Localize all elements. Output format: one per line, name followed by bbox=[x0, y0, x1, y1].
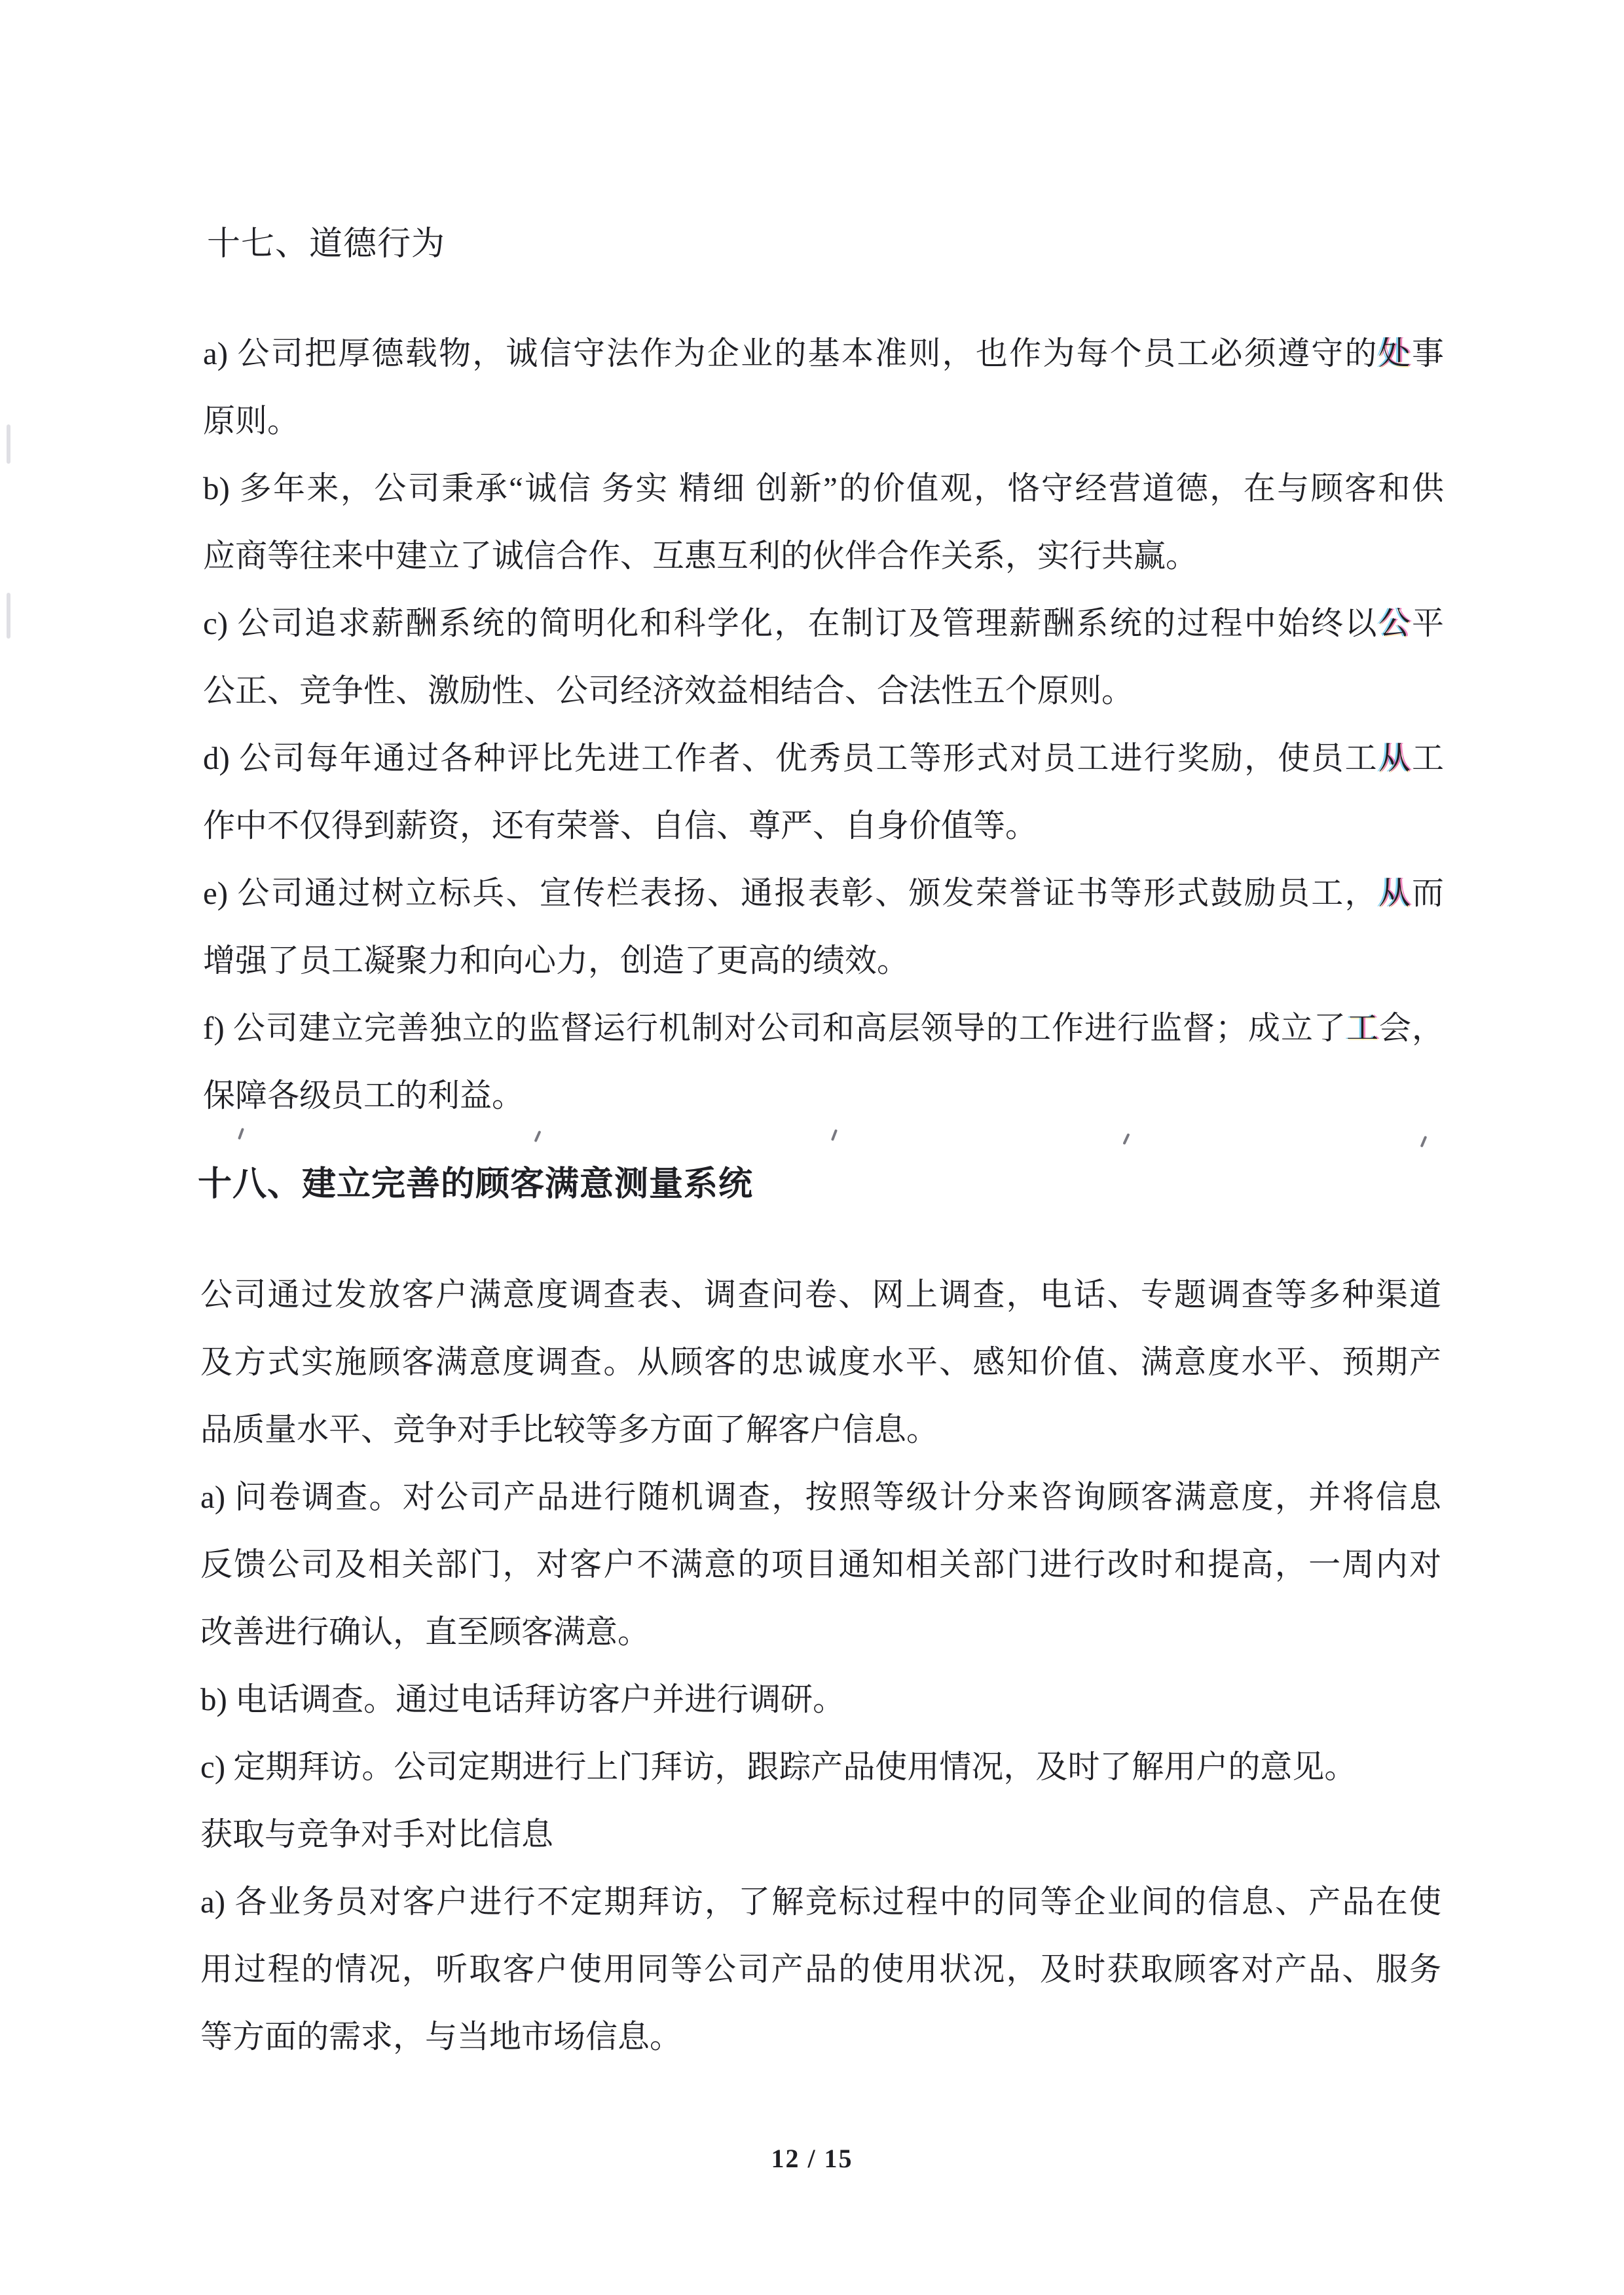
text-line: 作中不仅得到薪资，还有荣誉、自信、尊严、自身价值等。 bbox=[203, 792, 1444, 859]
scan-artifact-mark bbox=[1122, 1133, 1130, 1145]
fringe-character: 工 bbox=[1346, 1010, 1379, 1046]
text-line: 改善进行确认，直至顾客满意。 bbox=[200, 1598, 1441, 1666]
text-line: 原则。 bbox=[203, 387, 1444, 455]
text-segment: d) 公司每年通过各种评比先进工作者、优秀员工等形式对员工进行奖励，使员工 bbox=[203, 740, 1378, 776]
text-line: 公正、竞争性、激励性、公司经济效益相结合、合法性五个原则。 bbox=[203, 657, 1444, 724]
text-line: d) 公司每年通过各种评比先进工作者、优秀员工等形式对员工进行奖励，使员工从工 bbox=[203, 724, 1444, 792]
document-page: 十七、道德行为 a) 公司把厚德载物，诚信守法作为企业的基本准则，也作为每个员工… bbox=[0, 0, 1624, 2295]
page-number: 12 / 15 bbox=[0, 2143, 1624, 2174]
text-line: 品质量水平、竞争对手比较等多方面了解客户信息。 bbox=[200, 1396, 1441, 1463]
text-line: c) 公司追求薪酬系统的简明化和科学化，在制订及管理薪酬系统的过程中始终以公平 bbox=[203, 589, 1444, 657]
text-line: 反馈公司及相关部门，对客户不满意的项目通知相关部门进行改时和提高，一周内对 bbox=[200, 1531, 1441, 1598]
section-17-body: a) 公司把厚德载物，诚信守法作为企业的基本准则，也作为每个员工必须遵守的处事原… bbox=[203, 320, 1444, 1129]
text-line: 公司通过发放客户满意度调查表、调查问卷、网上调查，电话、专题调查等多种渠道 bbox=[200, 1261, 1441, 1328]
text-line: 应商等往来中建立了诚信合作、互惠互利的伙伴合作关系，实行共赢。 bbox=[203, 522, 1444, 589]
text-line: b) 电话调查。通过电话拜访客户并进行调研。 bbox=[200, 1666, 1441, 1733]
text-line: a) 公司把厚德载物，诚信守法作为企业的基本准则，也作为每个员工必须遵守的处事 bbox=[203, 320, 1444, 387]
text-line: a) 问卷调查。对公司产品进行随机调查，按照等级计分来咨询顾客满意度，并将信息 bbox=[200, 1463, 1441, 1531]
scan-artifact-mark bbox=[534, 1130, 542, 1142]
scan-edge-smudge bbox=[7, 593, 10, 639]
scan-artifact-mark bbox=[1420, 1136, 1428, 1147]
fringe-character: 从 bbox=[1378, 875, 1412, 911]
text-segment: 平 bbox=[1412, 605, 1444, 641]
text-line: 等方面的需求，与当地市场信息。 bbox=[200, 2003, 1441, 2070]
text-segment: a) 公司把厚德载物，诚信守法作为企业的基本准则，也作为每个员工必须遵守的 bbox=[203, 335, 1378, 371]
text-line: f) 公司建立完善独立的监督运行机制对公司和高层领导的工作进行监督；成立了工会， bbox=[203, 994, 1444, 1062]
text-line: 用过程的情况，听取客户使用同等公司产品的使用状况，及时获取顾客对产品、服务 bbox=[200, 1935, 1441, 2003]
fringe-character: 处 bbox=[1378, 335, 1412, 371]
text-segment: 工 bbox=[1412, 740, 1444, 776]
fringe-character: 公 bbox=[1378, 605, 1412, 641]
text-line: 保障各级员工的利益。 bbox=[203, 1062, 1444, 1129]
text-segment: f) 公司建立完善独立的监督运行机制对公司和高层领导的工作进行监督；成立了 bbox=[203, 1010, 1346, 1046]
section-17-heading: 十七、道德行为 bbox=[207, 211, 445, 278]
text-segment: 会， bbox=[1379, 1010, 1444, 1046]
text-line: 及方式实施顾客满意度调查。从顾客的忠诚度水平、感知价值、满意度水平、预期产 bbox=[200, 1328, 1441, 1396]
text-segment: c) 公司追求薪酬系统的简明化和科学化，在制订及管理薪酬系统的过程中始终以 bbox=[203, 605, 1378, 641]
section-18-body: 公司通过发放客户满意度调查表、调查问卷、网上调查，电话、专题调查等多种渠道及方式… bbox=[200, 1261, 1441, 2070]
text-segment: 而 bbox=[1412, 875, 1444, 911]
scan-artifact-mark bbox=[831, 1129, 838, 1141]
text-line: b) 多年来，公司秉承“诚信 务实 精细 创新”的价值观，恪守经营道德，在与顾客… bbox=[203, 455, 1444, 522]
scan-artifact-mark bbox=[238, 1128, 244, 1140]
text-line: 增强了员工凝聚力和向心力，创造了更高的绩效。 bbox=[203, 927, 1444, 994]
scan-edge-smudge bbox=[7, 424, 10, 464]
text-segment: 事 bbox=[1412, 335, 1444, 371]
text-line: c) 定期拜访。公司定期进行上门拜访，跟踪产品使用情况，及时了解用户的意见。 bbox=[200, 1733, 1441, 1801]
text-line: 获取与竞争对手对比信息 bbox=[200, 1801, 1441, 1868]
text-line: a) 各业务员对客户进行不定期拜访，了解竞标过程中的同等企业间的信息、产品在使 bbox=[200, 1868, 1441, 1935]
text-line: e) 公司通过树立标兵、宣传栏表扬、通报表彰、颁发荣誉证书等形式鼓励员工，从而 bbox=[203, 859, 1444, 927]
section-18-heading: 十八、建立完善的顾客满意测量系统 bbox=[198, 1151, 753, 1218]
fringe-character: 从 bbox=[1378, 740, 1412, 776]
text-segment: e) 公司通过树立标兵、宣传栏表扬、通报表彰、颁发荣誉证书等形式鼓励员工， bbox=[203, 875, 1378, 911]
